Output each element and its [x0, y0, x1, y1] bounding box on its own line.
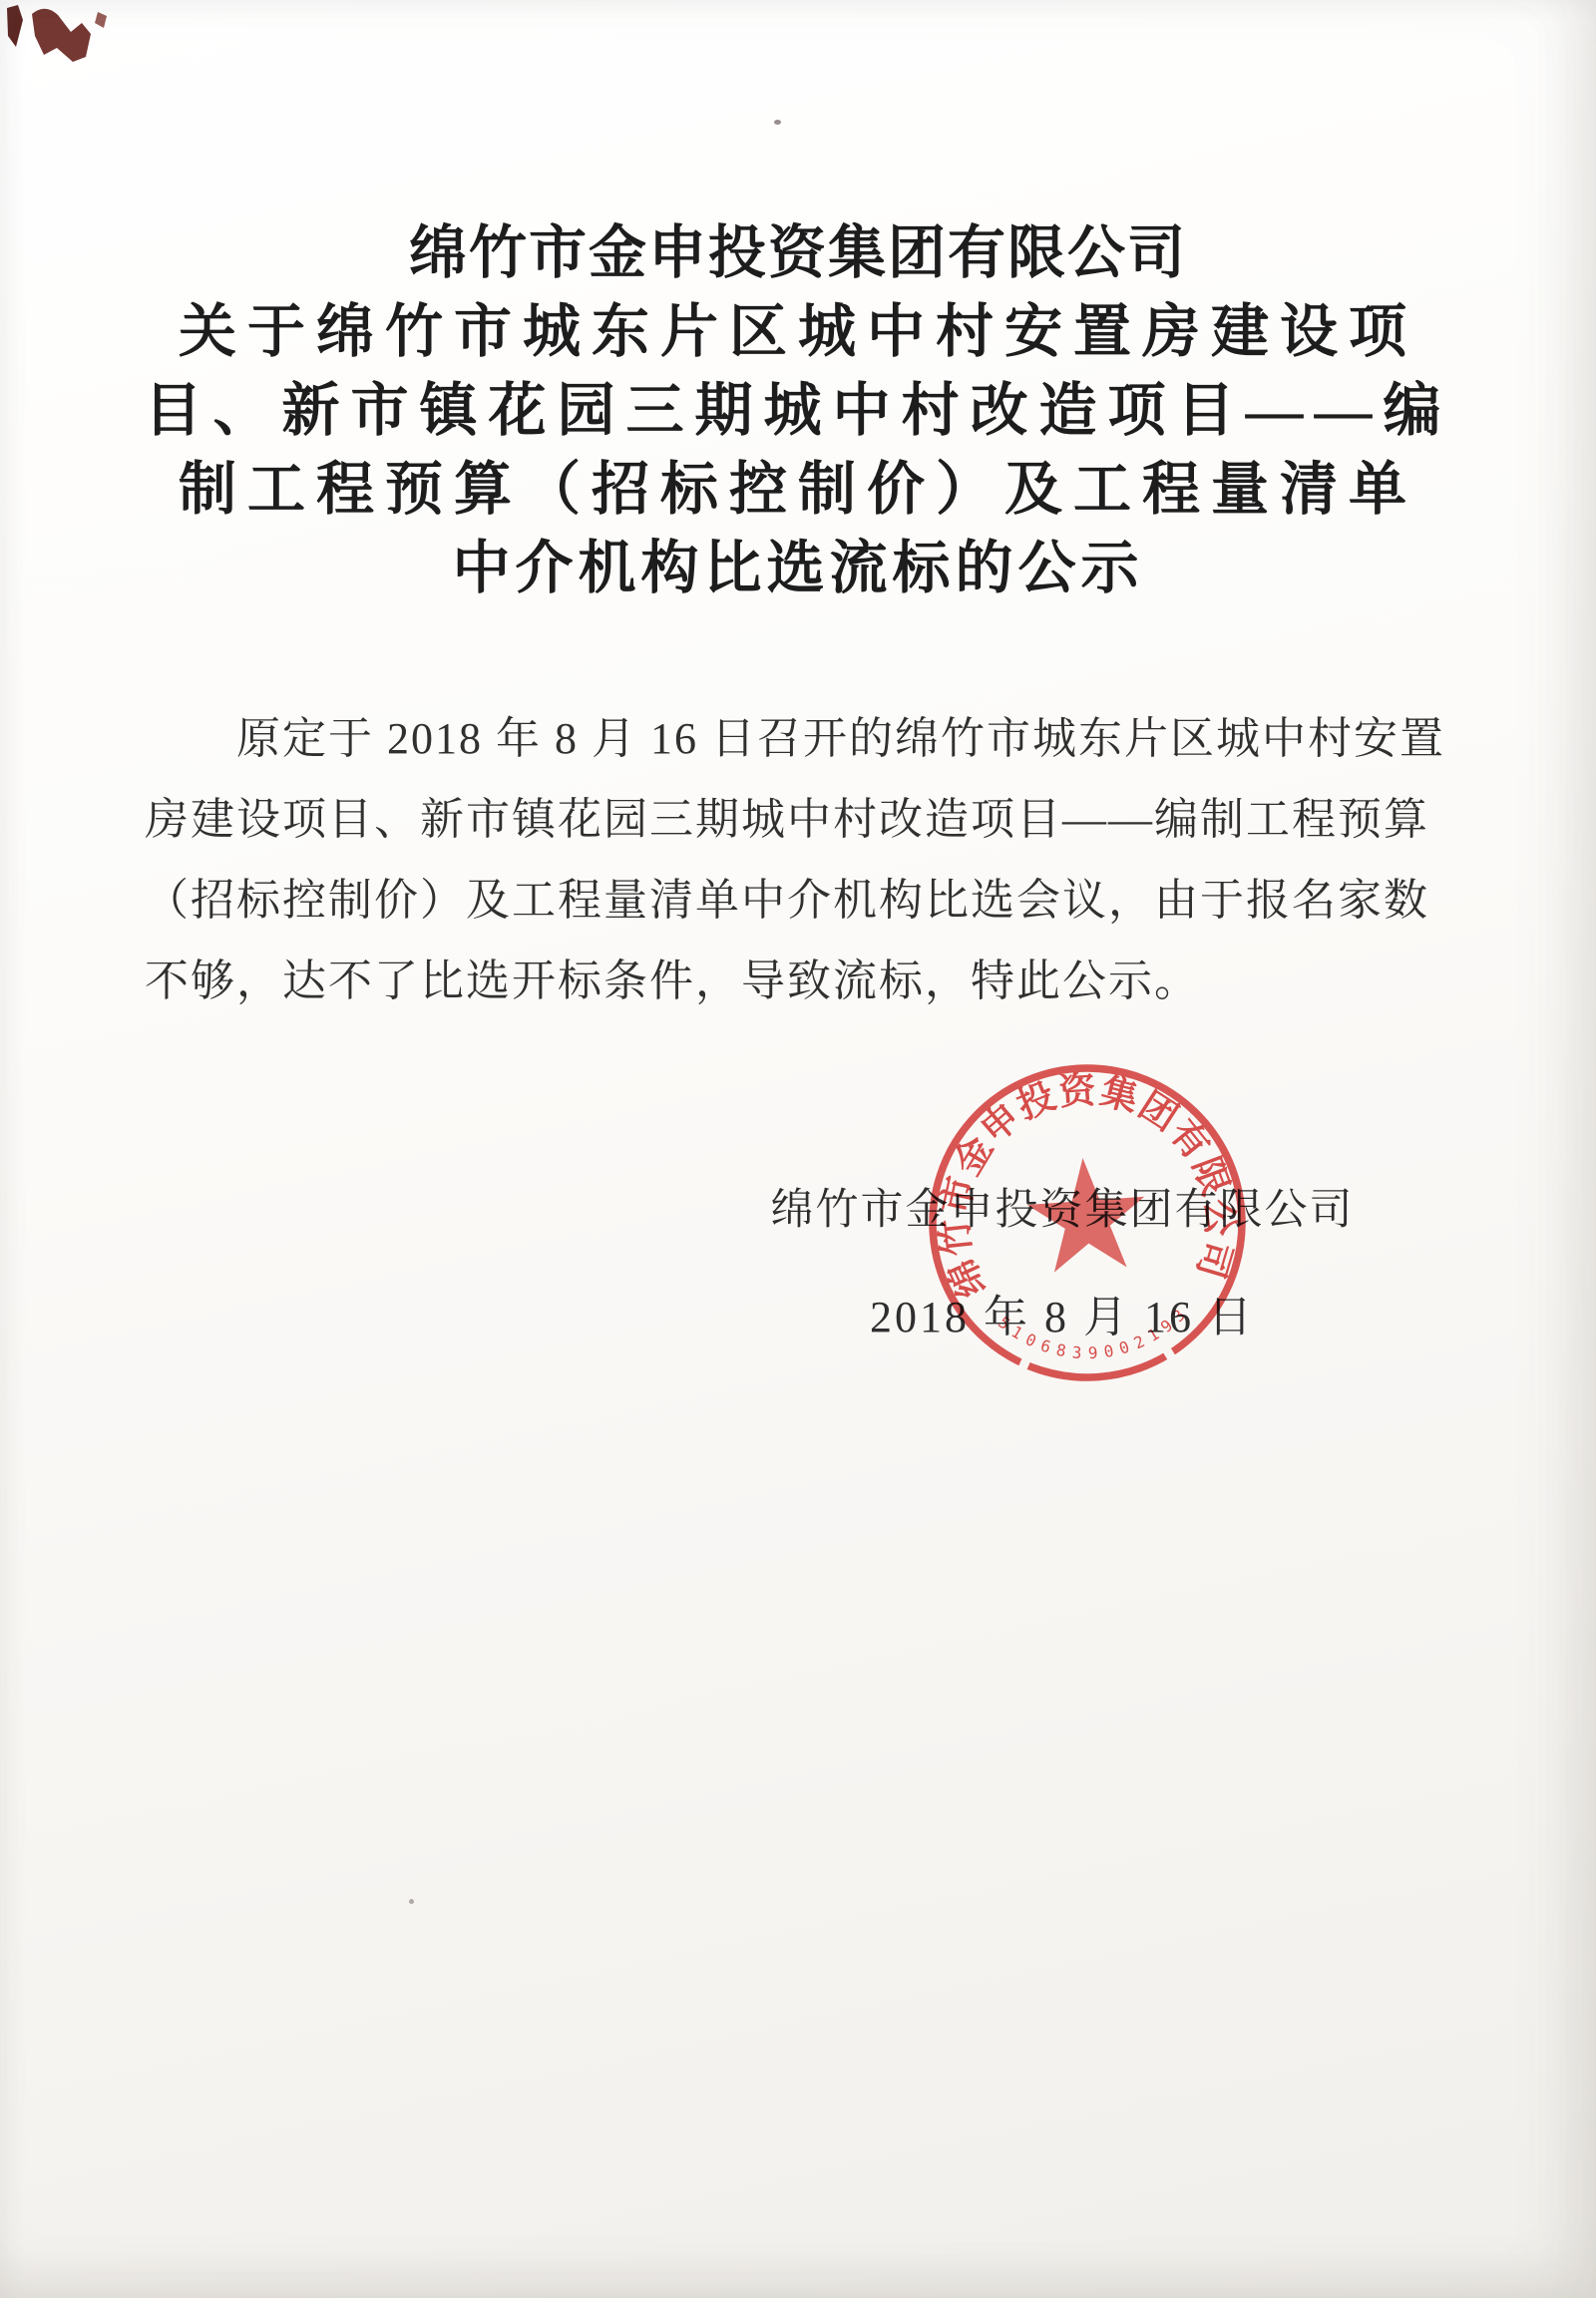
- scan-artifact-mark: [409, 1899, 414, 1904]
- body-line: 原定于 2018 年 8 月 16 日召开的绵竹市城东片区城中村安置: [145, 698, 1461, 779]
- scan-artifact-mark: [2, 2, 124, 86]
- title-line: 中介机构比选流标的公示: [70, 529, 1526, 607]
- title-line: 目、新市镇花园三期城中村改造项目——编: [70, 371, 1526, 450]
- signature-date: 2018 年 8 月 16 日: [439, 1281, 1596, 1344]
- scan-artifact-mark: [774, 120, 781, 125]
- body-line: 房建设项目、新市镇花园三期城中村改造项目——编制工程预算: [145, 779, 1461, 860]
- title-line: 绵竹市金申投资集团有限公司: [70, 213, 1526, 292]
- signature-block: 绵竹市金申投资集团有限公司 2018 年 8 月 16 日: [439, 1183, 1596, 1344]
- document-body: 原定于 2018 年 8 月 16 日召开的绵竹市城东片区城中村安置 房建设项目…: [145, 698, 1461, 1021]
- scanned-document-page: 绵竹市金申投资集团有限公司 关于绵竹市城东片区城中村安置房建设项 目、新市镇花园…: [0, 0, 1596, 2298]
- signature-company-name: 绵竹市金申投资集团有限公司: [439, 1183, 1596, 1239]
- document-title: 绵竹市金申投资集团有限公司 关于绵竹市城东片区城中村安置房建设项 目、新市镇花园…: [70, 213, 1526, 607]
- body-line: （招标控制价）及工程量清单中介机构比选会议，由于报名家数: [145, 860, 1461, 941]
- seal-wear-notch: [1163, 1343, 1176, 1365]
- title-line: 关于绵竹市城东片区城中村安置房建设项: [70, 292, 1526, 371]
- body-line: 不够，达不了比选开标条件，导致流标，特此公示。: [145, 941, 1461, 1021]
- seal-wear-notch: [1018, 1353, 1031, 1375]
- title-line: 制工程预算（招标控制价）及工程量清单: [70, 450, 1526, 529]
